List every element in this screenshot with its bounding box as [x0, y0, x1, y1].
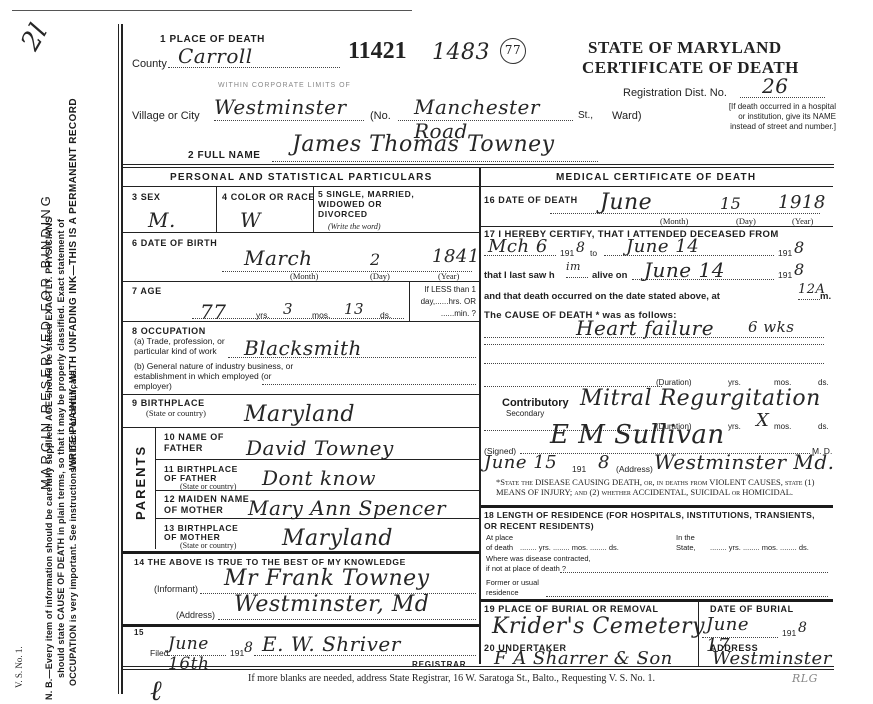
mother-birthplace-label: 13 BIRTHPLACE OF MOTHER [164, 524, 244, 542]
physician-address-value: Westminster Md. [654, 450, 835, 474]
rule [481, 186, 833, 187]
write-plainly-note: WRITE PLAINLY, WITH UNFADING INK—THIS IS… [68, 98, 79, 470]
rule [698, 600, 699, 666]
age-months: 3 [283, 300, 293, 318]
personal-section-title: PERSONAL AND STATISTICAL PARTICULARS [170, 172, 432, 183]
nb-line-2: should state CAUSE OF DEATH in plain ter… [56, 219, 66, 678]
mother-name-value: Mary Ann Spencer [248, 496, 446, 520]
registrar-signature: E. W. Shriver [254, 632, 476, 656]
last-saw-year-prefix: 191 [778, 270, 792, 280]
m-label: m. [820, 291, 831, 302]
disease-contracted-label: Where was disease contracted, if not at … [486, 554, 596, 574]
rule [409, 281, 410, 321]
dob-year-caption: (Year) [438, 271, 459, 281]
dob-day-caption: (Day) [370, 271, 390, 281]
header-rule [122, 164, 834, 165]
dob-day: 2 [370, 250, 381, 269]
top-border [12, 10, 412, 11]
rule [122, 186, 479, 187]
margin-rule [118, 24, 119, 694]
rule [122, 281, 479, 282]
rule [122, 551, 479, 554]
rule [155, 427, 156, 549]
rule [155, 459, 479, 460]
occupation-value: Blacksmith [228, 336, 476, 358]
burial-year-prefix: 191 [782, 628, 796, 638]
attended-from: Mch 6 [484, 236, 556, 256]
dod-day: 15 [720, 194, 741, 213]
contributory-value: Mitral Regurgitation [580, 386, 821, 411]
filed-year-prefix: 191 [230, 648, 244, 658]
informant-value: Mr Frank Towney [200, 566, 476, 594]
last-saw-year: 8 [794, 260, 805, 279]
last-saw-date: June 14 [632, 258, 774, 280]
state-title: STATE OF MARYLAND [588, 38, 782, 58]
cause-line-2 [484, 344, 824, 345]
attended-from-year: 8 [576, 240, 585, 256]
occupation-label: 8 OCCUPATION [132, 326, 206, 336]
physician-address-label: (Address) [616, 464, 653, 474]
death-time-label: and that death occurred on the date stat… [484, 291, 720, 302]
filed-number: 15 [134, 628, 144, 637]
sex-label: 3 SEX [132, 192, 161, 202]
physician-signature: E M Sullivan [520, 420, 810, 454]
filed-label: Filed [150, 648, 168, 658]
burial-place-label: 19 PLACE OF BURIAL OR REMOVAL [484, 604, 659, 614]
marital-status-label: 5 SINGLE, MARRIED, WIDOWED OR DIVORCED [318, 189, 418, 219]
death-time-value: 12A [798, 282, 820, 300]
dob-month-caption: (Month) [290, 271, 318, 281]
registration-district-value: 26 [740, 74, 825, 98]
dod-year: 1918 [778, 192, 826, 213]
informant-address-value: Westminster, Md [218, 592, 476, 620]
alive-on-label: alive on [592, 270, 627, 281]
registration-district-label: Registration Dist. No. [623, 87, 727, 99]
county-value: Carroll [168, 44, 340, 68]
dod-month-caption: (Month) [660, 216, 688, 226]
footer-initials: RLG [792, 672, 818, 685]
marital-status-hint: (Write the word) [328, 222, 381, 231]
rule [481, 599, 833, 602]
attended-from-year-prefix: 191 [560, 248, 574, 258]
less-than-day-label: If LESS than 1 day,......hrs. OR ......m… [414, 284, 476, 320]
at-place-label: At place of death [486, 533, 518, 553]
industry-line [262, 384, 476, 385]
dod-month: June [600, 190, 652, 215]
informant-label: (Informant) [154, 584, 198, 594]
informant-address-label: (Address) [176, 610, 215, 620]
binding-margin: 2l V. S. No. 1. N. B.—Every item of info… [0, 0, 135, 704]
rule [313, 186, 314, 232]
last-saw-label: that I last saw h [484, 270, 555, 281]
months-label: mos. [312, 310, 330, 320]
rule [216, 186, 217, 232]
age-days: 13 [344, 300, 364, 318]
attended-to-year: 8 [794, 238, 805, 257]
rule [155, 490, 479, 491]
mother-name-label: 12 MAIDEN NAME OF MOTHER [164, 494, 252, 516]
medical-section-title: MEDICAL CERTIFICATE OF DEATH [556, 172, 756, 183]
filed-date: June 16th [168, 634, 226, 656]
father-name-label: 10 NAME OF FATHER [164, 432, 239, 454]
parents-label: PARENTS [133, 445, 148, 520]
rule [122, 321, 479, 322]
county-label: County [132, 58, 167, 70]
rule [155, 518, 479, 519]
rule [481, 226, 833, 227]
dob-year: 1841 [432, 246, 480, 267]
signed-year-prefix: 191 [572, 464, 586, 474]
street-number-label: (No. [370, 110, 391, 122]
bottom-rule-double [122, 669, 834, 670]
cause-duration: 6 wks [748, 318, 794, 336]
dob-month: March [244, 246, 313, 270]
cause-footnote: *State the DISEASE CAUSING DEATH, or, in… [496, 477, 816, 497]
village-value: Westminster [214, 95, 364, 121]
rule [481, 505, 833, 508]
hospital-note: [If death occurred in a hospital or inst… [726, 102, 836, 132]
margin-initials: 2l [15, 18, 54, 55]
rule [122, 394, 479, 395]
center-divider [479, 167, 481, 664]
secondary-label: Secondary [506, 409, 544, 418]
margin-rule-double [121, 24, 123, 694]
former-residence-line [546, 596, 828, 597]
date-of-birth-label: 6 DATE OF BIRTH [132, 238, 217, 248]
circled-number: 77 [500, 38, 526, 64]
burial-date-label: DATE OF BURIAL [710, 604, 794, 614]
birthplace-value: Maryland [244, 402, 355, 427]
filed-year-suffix: 8 [244, 640, 253, 656]
mother-birthplace-value: Maryland [282, 526, 393, 551]
disease-contracted-line [560, 572, 828, 573]
form-number: V. S. No. 1. [14, 646, 24, 688]
handwritten-number: 1483 [432, 40, 490, 65]
color-label: 4 COLOR OR RACE [222, 192, 315, 202]
contributory-label: Contributory [502, 397, 569, 409]
to-label: to [590, 248, 597, 258]
attended-to: June 14 [604, 236, 774, 256]
within-limits-label: WITHIN CORPORATE LIMITS OF [218, 82, 351, 89]
ward-label: Ward) [612, 110, 642, 122]
margin-reserved-label: MARGIN RESERVED FOR BINDING [38, 193, 53, 490]
contrib-ds-label: ds. [818, 422, 829, 431]
birthplace-hint: (State or country) [146, 408, 206, 418]
certificate-number: 11421 [348, 38, 407, 65]
st-label: St., [578, 110, 593, 121]
dod-year-caption: (Year) [792, 216, 813, 226]
father-birthplace-value: Dont know [262, 466, 376, 490]
signed-date: June 15 [484, 452, 557, 473]
burial-place-value: Krider's Cemetery [492, 614, 705, 639]
burial-year-suffix: 8 [798, 620, 807, 636]
father-birthplace-label: 11 BIRTHPLACE OF FATHER [164, 465, 244, 483]
occupation-industry-label: (b) General nature of industry business,… [134, 361, 294, 391]
footer-note: If more blanks are needed, address State… [248, 673, 655, 684]
registrar-label: REGISTRAR [412, 660, 466, 669]
rule [122, 232, 479, 233]
mother-birthplace-hint: (State or country) [180, 541, 236, 550]
attended-to-year-prefix: 191 [778, 248, 792, 258]
in-state-label: In the State, [676, 533, 706, 553]
full-name-value: James Thomas Towney [272, 132, 598, 162]
days-label: ds. [380, 310, 391, 320]
signed-year: 8 [598, 452, 610, 473]
cause-line-3 [484, 363, 824, 364]
color-value: W [240, 208, 261, 232]
bottom-rule [122, 666, 834, 667]
full-name-label: 2 FULL NAME [188, 150, 261, 161]
filing-mark: ℓ [150, 674, 162, 704]
at-place-fields: ........ yrs. ........ mos. ........ ds. [520, 543, 619, 552]
sex-value: M. [148, 208, 176, 232]
street-value: Manchester Road [398, 95, 573, 121]
birthplace-label: 9 BIRTHPLACE [132, 398, 205, 408]
rule [122, 427, 479, 428]
dod-day-caption: (Day) [736, 216, 756, 226]
burial-date-value: June 17 [702, 614, 778, 638]
father-name-value: David Towney [246, 436, 394, 460]
former-residence-label: Former or usual residence [486, 578, 546, 598]
in-state-fields: ........ yrs. ........ mos. ........ ds. [710, 543, 809, 552]
length-of-residence-label: 18 LENGTH OF RESIDENCE (FOR HOSPITALS, I… [484, 510, 829, 532]
village-label: Village or City [132, 110, 200, 122]
header-rule-double [122, 167, 834, 168]
years-label: yrs. [256, 310, 270, 320]
age-label: 7 AGE [132, 286, 162, 296]
last-saw-pronoun: im [566, 260, 588, 278]
rule [122, 624, 479, 627]
